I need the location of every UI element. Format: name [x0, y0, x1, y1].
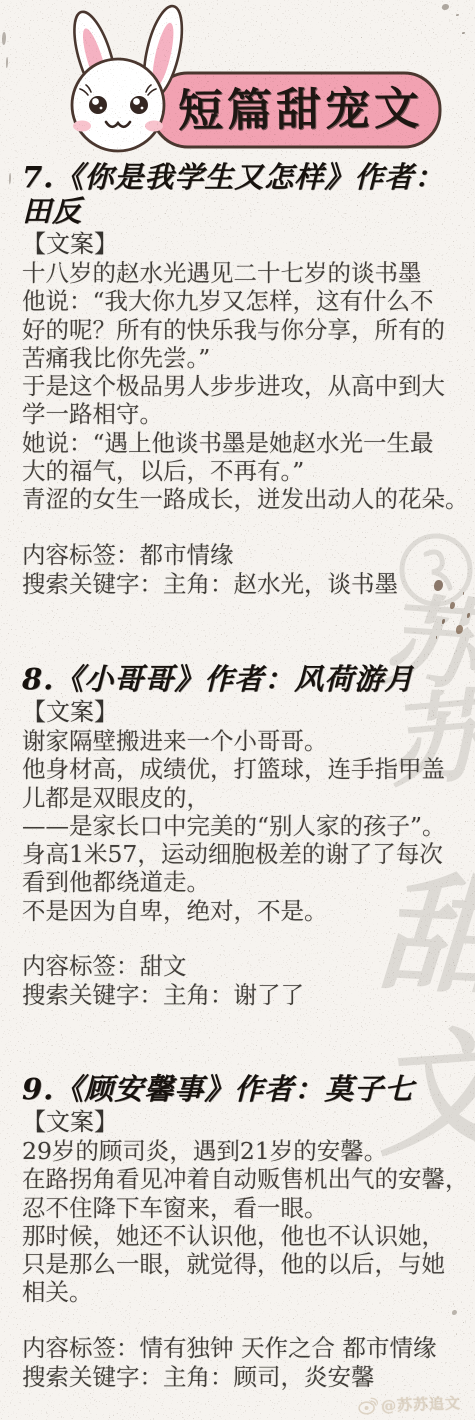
keywords-line: 搜索关键字：主角：顾司，炎安馨 [22, 1363, 460, 1392]
weibo-handle: @苏苏追文 [381, 1392, 462, 1416]
body-line: ——是家长口中完美的“别人家的孩子”。 [22, 812, 460, 840]
body-line: 相关。 [22, 1278, 460, 1306]
body-line: 他说：“我大你九岁又怎样，这有什么不 [22, 287, 460, 315]
body-line: 只是那么一眼，就觉得，他的以后，与她 [22, 1250, 460, 1278]
copy-label: 【文案】 [22, 230, 460, 259]
copy-label: 【文案】 [22, 1108, 460, 1137]
copy-label: 【文案】 [22, 698, 460, 727]
body-line: 他身材高，成绩优，打篮球，连手指甲盖 [22, 755, 460, 783]
body-line: 在路拐角看见冲着自动贩售机出气的安馨， [22, 1165, 460, 1193]
body-line: 忍不住降下车窗来，看一眼。 [22, 1194, 460, 1222]
body-line: 学一路相守。 [22, 400, 460, 428]
body-line: 青涩的女生一路成长，迸发出动人的花朵。 [22, 485, 460, 513]
keywords-line: 搜索关键字：主角：谢了了 [22, 981, 460, 1010]
weibo-icon [358, 1397, 379, 1415]
weibo-watermark: @苏苏追文 [358, 1392, 462, 1417]
entry-title: 7.《你是我学生又怎样》作者： [22, 160, 460, 194]
body-line: 身高1米57，运动细胞极差的谢了了每次 [22, 840, 460, 868]
novel-entry-7: 7.《你是我学生又怎样》作者： 田反 【文案】 十八岁的赵水光遇见二十七岁的谈书… [22, 160, 460, 599]
body-line: 看到他都绕道走。 [22, 868, 460, 896]
body-line: 29岁的顾司炎，遇到21岁的安馨。 [22, 1137, 460, 1165]
tags-line: 内容标签：情有独钟 天作之合 都市情缘 [22, 1334, 460, 1363]
body-line: 她说：“遇上他谈书墨是她赵水光一生最 [22, 429, 460, 457]
tags-line: 内容标签：都市情缘 [22, 541, 460, 570]
tags-line: 内容标签：甜文 [22, 952, 460, 981]
entry-title-author: 田反 [22, 194, 460, 228]
book-list: 7.《你是我学生又怎样》作者： 田反 【文案】 十八岁的赵水光遇见二十七岁的谈书… [0, 0, 475, 1420]
body-line: 那时候，她还不认识他，他也不认识她， [22, 1222, 460, 1250]
novel-entry-8: 8.《小哥哥》作者：风荷游月 【文案】 谢家隔壁搬进来一个小哥哥。 他身材高，成… [22, 662, 460, 1010]
body-line: 于是这个极品男人步步进攻，从高中到大 [22, 372, 460, 400]
body-line: 大的福气，以后，不再有。” [22, 457, 460, 485]
body-line: 不是因为自卑，绝对，不是。 [22, 897, 460, 925]
keywords-line: 搜索关键字：主角：赵水光，谈书墨 [22, 570, 460, 599]
body-line: 好的呢？所有的快乐我与你分享，所有的 [22, 316, 460, 344]
body-line: 儿都是双眼皮的， [22, 784, 460, 812]
entry-title: 9.《顾安馨事》作者：莫子七 [22, 1072, 460, 1106]
body-line: 苦痛我比你先尝。” [22, 344, 460, 372]
body-line: 谢家隔壁搬进来一个小哥哥。 [22, 727, 460, 755]
body-line: 十八岁的赵水光遇见二十七岁的谈书墨 [22, 259, 460, 287]
scanned-booklist-page: { "header": { "banner_title": "短篇甜宠文", "… [0, 0, 475, 1420]
novel-entry-9: 9.《顾安馨事》作者：莫子七 【文案】 29岁的顾司炎，遇到21岁的安馨。 在路… [22, 1072, 460, 1392]
entry-title: 8.《小哥哥》作者：风荷游月 [22, 662, 460, 696]
